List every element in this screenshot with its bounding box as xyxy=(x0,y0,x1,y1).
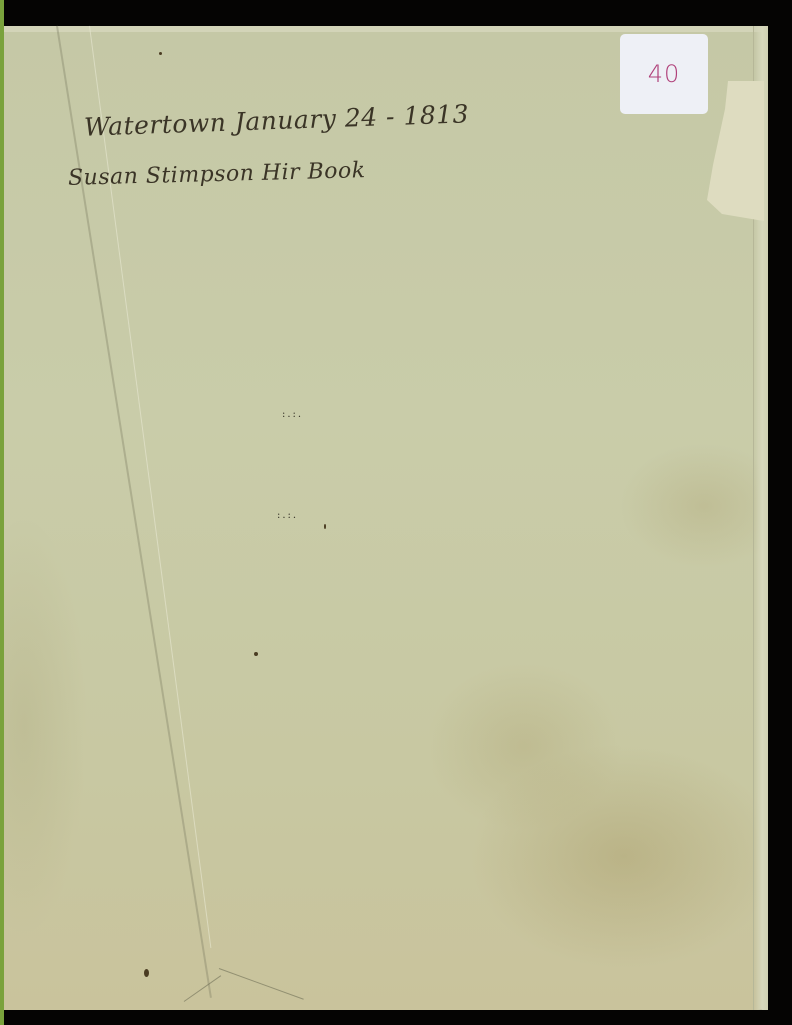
bottom-fold-line xyxy=(184,975,221,1002)
handwritten-owner-inscription: Susan Stimpson Hir Book xyxy=(68,158,366,191)
torn-corner xyxy=(704,81,764,221)
bottom-fold-line xyxy=(219,968,304,1000)
handwritten-place-date: Watertown January 24 - 1813 xyxy=(84,99,470,141)
archive-number-label: 40 xyxy=(620,34,708,114)
ink-speck-cluster: :.:. xyxy=(282,409,303,420)
archive-number: 40 xyxy=(648,60,681,88)
stain-spot xyxy=(324,524,326,529)
page-top-edge xyxy=(4,26,768,32)
stain-spot xyxy=(159,52,162,55)
manuscript-page: 40 Watertown January 24 - 1813 Susan Sti… xyxy=(4,26,768,1010)
stain-spot xyxy=(254,652,258,656)
stain-spot xyxy=(144,969,149,977)
ink-speck-cluster: :.:. xyxy=(277,510,298,521)
